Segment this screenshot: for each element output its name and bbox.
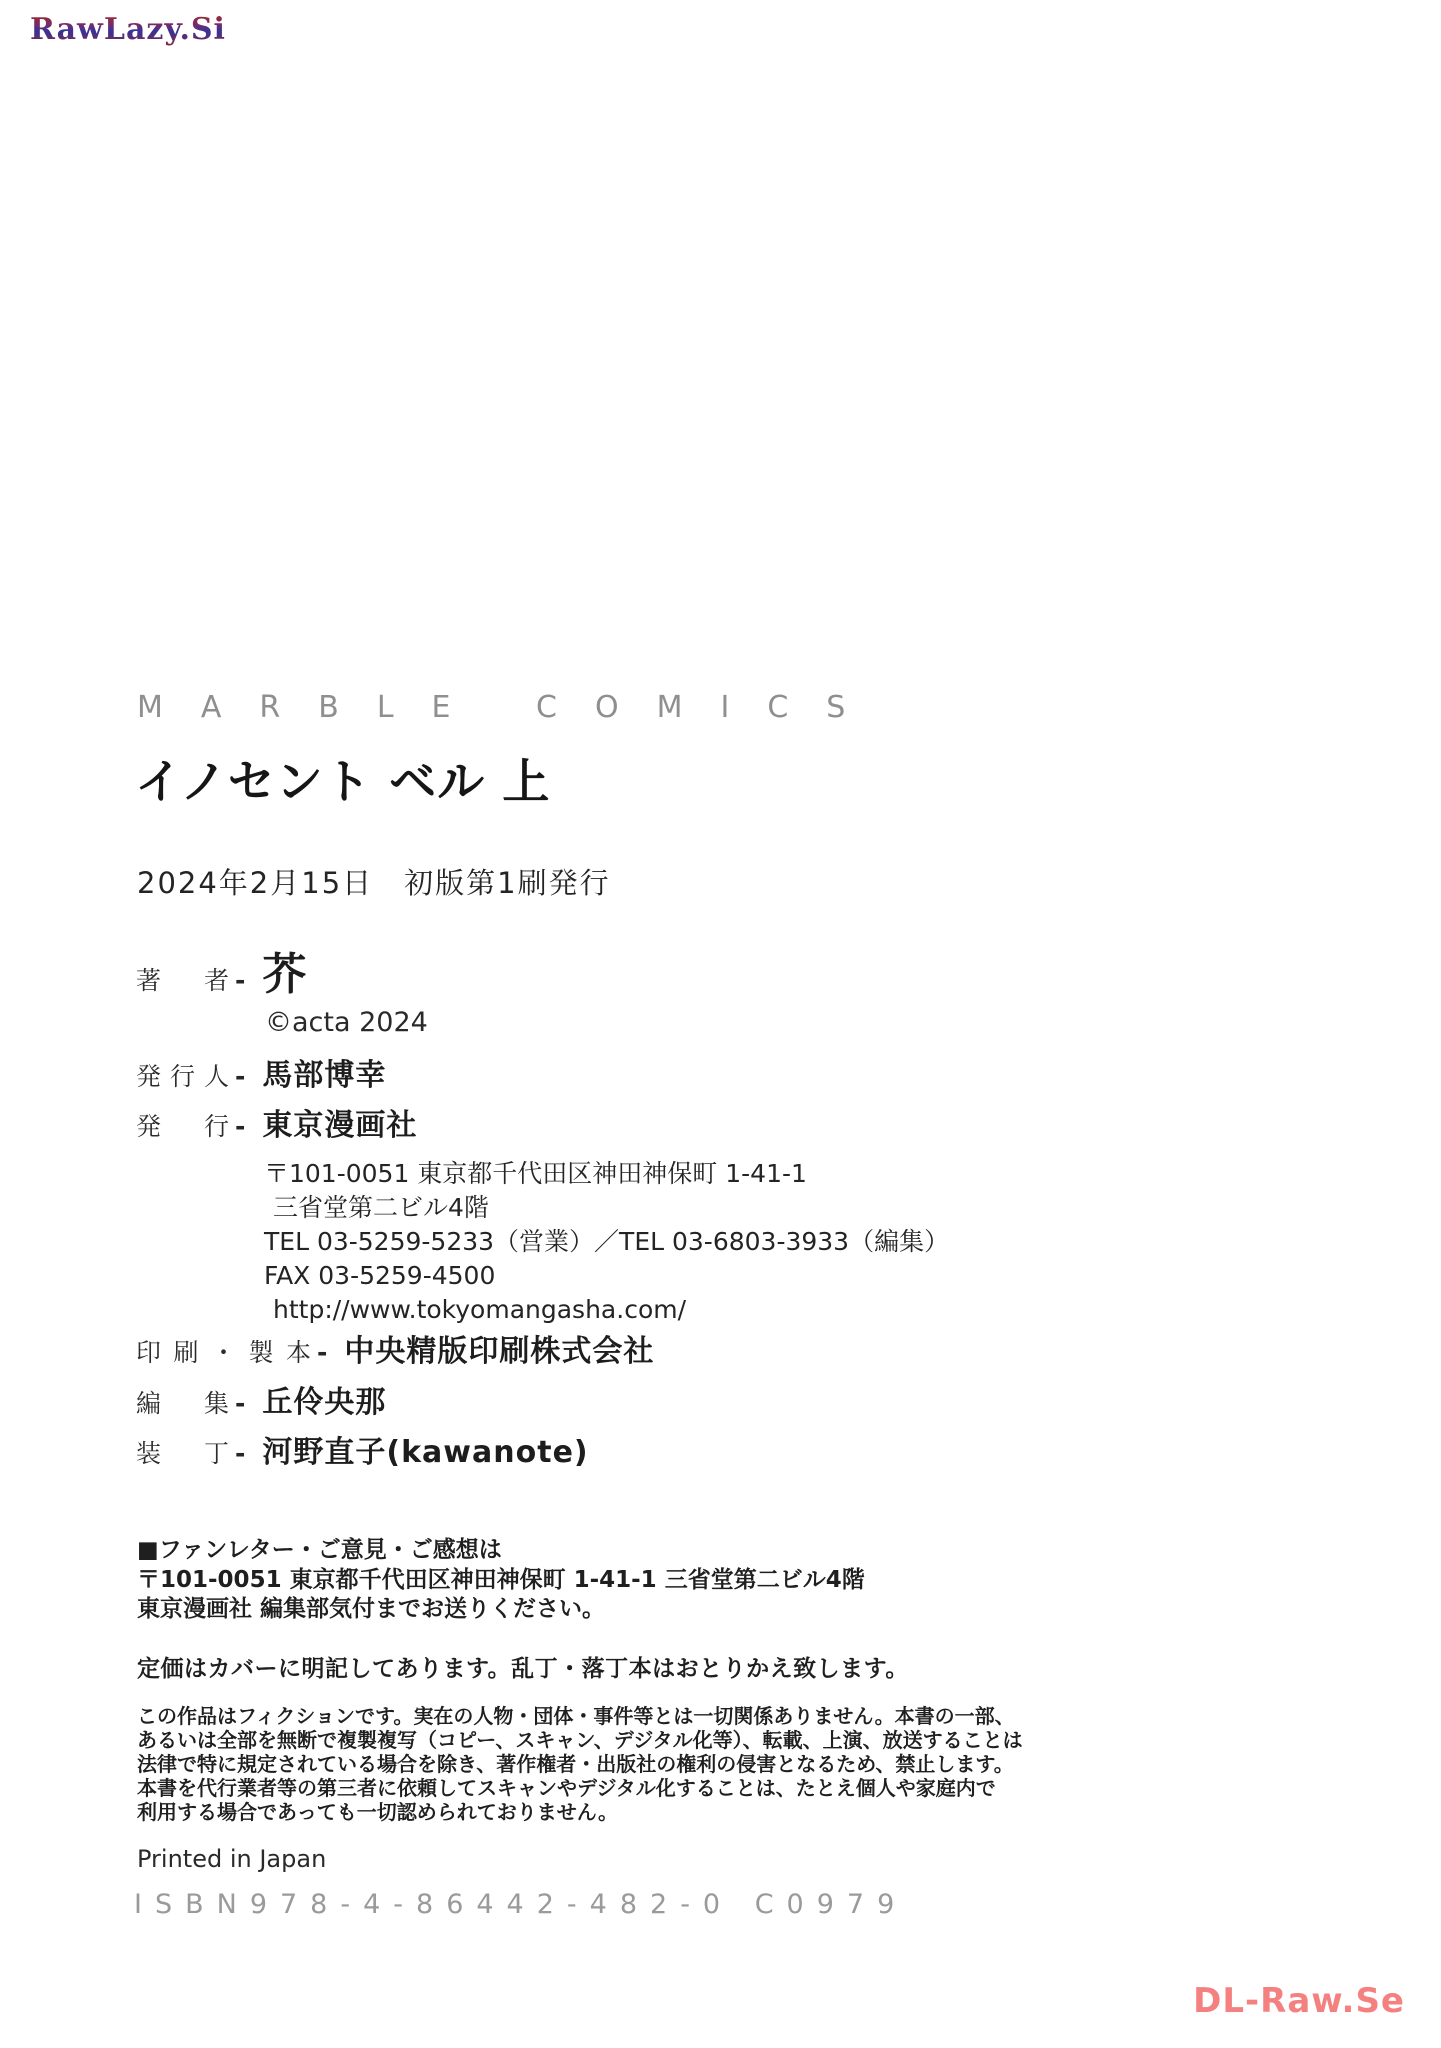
credit-row-printing: 印刷・製本 - 中央精版印刷株式会社	[136, 1336, 654, 1368]
disclaimer-line: 法律で特に規定されている場合を除き、著作権者・出版社の権利の侵害となるため、禁止…	[137, 1752, 1023, 1776]
site-watermark-bottom: DL-Raw.Se	[1193, 1981, 1405, 2021]
publisher-label: 発行	[136, 1114, 229, 1140]
credit-row-design: 装丁 - 河野直子(kawanote)	[136, 1437, 589, 1469]
designer-name: 河野直子(kawanote)	[262, 1437, 588, 1469]
author-label: 著者	[136, 968, 229, 994]
printed-in-note: Printed in Japan	[137, 1845, 326, 1873]
publisher-name: 東京漫画社	[262, 1110, 417, 1142]
credit-dash: -	[235, 1114, 245, 1140]
publisher-tel: TEL 03-5259-5233（営業）／TEL 03-6803-3933（編集…	[264, 1225, 949, 1259]
disclaimer-block: この作品はフィクションです。実在の人物・団体・事件等とは一切関係ありません。本書…	[137, 1704, 1023, 1824]
price-note: 定価はカバーに明記してあります。乱丁・落丁本はおとりかえ致します。	[137, 1650, 909, 1683]
colophon-page: RawLazy.Si MARBLE COMICS イノセント ベル 上 2024…	[0, 0, 1441, 2048]
credit-row-editor: 編集 - 丘伶央那	[136, 1387, 386, 1419]
disclaimer-line: あるいは全部を無断で複製複写（コピー、スキャン、デジタル化等）、転載、上演、放送…	[137, 1728, 1023, 1752]
credit-row-author: 著者 - 芥	[136, 952, 307, 998]
credit-dash: -	[235, 1064, 245, 1090]
publisher-person-name: 馬部博幸	[262, 1060, 386, 1092]
disclaimer-line: この作品はフィクションです。実在の人物・団体・事件等とは一切関係ありません。本書…	[137, 1704, 1023, 1728]
credit-dash: -	[317, 1340, 327, 1366]
publisher-person-label: 発行人	[136, 1064, 229, 1090]
fan-letter-instruction: 東京漫画社 編集部気付までお送りください。	[137, 1595, 865, 1625]
edition-date: 2024年2月15日 初版第1刷発行	[137, 861, 611, 902]
copyright-notice: ©acta 2024	[265, 1007, 428, 1038]
disclaimer-line: 利用する場合であっても一切認められておりません。	[137, 1800, 1023, 1824]
publisher-contact-block: 〒101-0051 東京都千代田区神田神保町 1-41-1 三省堂第二ビル4階 …	[264, 1157, 949, 1327]
editor-label: 編集	[136, 1391, 229, 1417]
credit-row-publisher-person: 発行人 - 馬部博幸	[136, 1060, 386, 1092]
publisher-url: http://www.tokyomangasha.com/	[264, 1293, 949, 1327]
disclaimer-line: 本書を代行業者等の第三者に依頼してスキャンやデジタル化することは、たとえ個人や家…	[137, 1776, 1023, 1800]
fan-letter-heading: ■ファンレター・ご意見・ご感想は	[137, 1536, 865, 1566]
publisher-fax: FAX 03-5259-4500	[264, 1259, 949, 1293]
editor-name: 丘伶央那	[262, 1387, 386, 1419]
printing-company: 中央精版印刷株式会社	[344, 1336, 654, 1368]
design-label: 装丁	[136, 1441, 229, 1467]
printing-label: 印刷・製本	[136, 1340, 311, 1366]
credit-dash: -	[235, 968, 245, 994]
publisher-postal-address: 〒101-0051 東京都千代田区神田神保町 1-41-1	[264, 1157, 949, 1191]
credit-row-publisher: 発行 - 東京漫画社	[136, 1110, 417, 1142]
book-title: イノセント ベル 上	[135, 756, 550, 810]
isbn-code: ISBN978-4-86442-482-0 C0979	[134, 1889, 907, 1920]
credit-dash: -	[235, 1391, 245, 1417]
fan-letter-block: ■ファンレター・ご意見・ご感想は 〒101-0051 東京都千代田区神田神保町 …	[137, 1536, 865, 1625]
publisher-building: 三省堂第二ビル4階	[264, 1191, 949, 1225]
site-watermark-top: RawLazy.Si	[30, 12, 226, 47]
fan-letter-address: 〒101-0051 東京都千代田区神田神保町 1-41-1 三省堂第二ビル4階	[137, 1566, 865, 1596]
series-label: MARBLE COMICS	[137, 690, 883, 725]
author-name: 芥	[262, 952, 307, 998]
credit-dash: -	[235, 1441, 245, 1467]
